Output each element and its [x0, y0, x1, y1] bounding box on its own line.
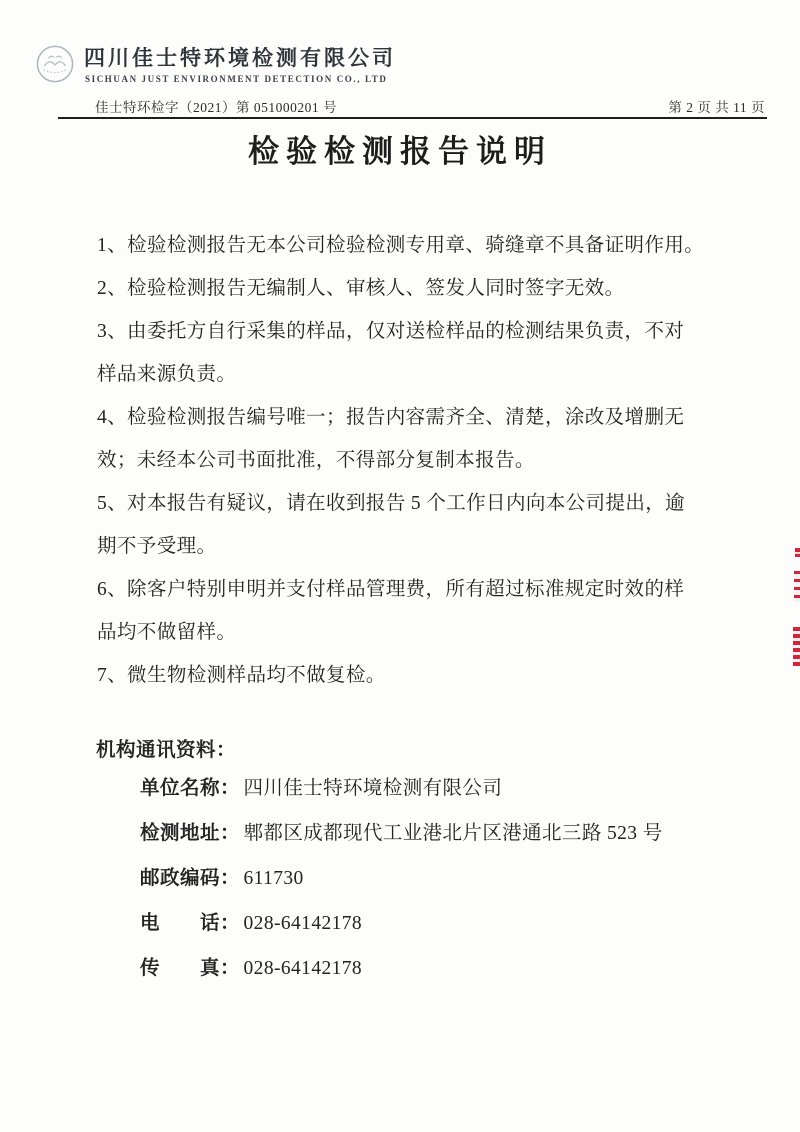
contact-separator: ： [220, 778, 244, 799]
note-line: 5、对本报告有疑议，请在收到报告 5 个工作日内向本公司提出，逾 [97, 482, 722, 525]
contact-row: 邮政编码：611730 [140, 856, 700, 901]
contact-separator: ： [220, 913, 244, 934]
contact-separator: ： [220, 823, 244, 844]
red-seal-fragment [795, 548, 800, 557]
note-line: 7、微生物检测样品均不做复检。 [97, 654, 722, 697]
page-number: 第 2 页 共 11 页 [668, 96, 765, 116]
contact-label: 检测地址 [140, 823, 220, 844]
contact-label: 邮政编码 [140, 868, 220, 889]
contact-separator: ： [220, 958, 244, 979]
report-number: 佳士特环检字（2021）第 051000201 号 [95, 96, 337, 116]
header-divider [58, 117, 767, 119]
note-line: 期不予受理。 [97, 525, 722, 568]
contact-row: 电 话：028-64142178 [140, 901, 700, 946]
company-name-cn: 四川佳士特环境检测有限公司 [84, 42, 396, 72]
note-line: 3、由委托方自行采集的样品，仅对送检样品的检测结果负责，不对 [97, 310, 722, 353]
contact-value: 郫都区成都现代工业港北片区港通北三路 523 号 [244, 823, 663, 844]
contact-value: 028-64142178 [244, 958, 363, 979]
note-line: 2、检验检测报告无编制人、审核人、签发人同时签字无效。 [97, 267, 722, 310]
note-line: 1、检验检测报告无本公司检验检测专用章、骑缝章不具备证明作用。 [97, 224, 722, 267]
contact-heading: 机构通讯资料： [96, 734, 236, 762]
notes-list: 1、检验检测报告无本公司检验检测专用章、骑缝章不具备证明作用。2、检验检测报告无… [97, 224, 722, 697]
note-line: 样品来源负责。 [97, 353, 722, 396]
red-seal-fragment [793, 627, 800, 666]
note-line: 4、检验检测报告编号唯一；报告内容需齐全、清楚，涂改及增删无 [97, 396, 722, 439]
contact-value: 028-64142178 [244, 913, 363, 934]
contact-row: 单位名称：四川佳士特环境检测有限公司 [140, 766, 700, 811]
reference-row: 佳士特环检字（2021）第 051000201 号 第 2 页 共 11 页 [95, 96, 765, 116]
contact-row: 传 真：028-64142178 [140, 946, 700, 991]
note-line: 6、除客户特别申明并支付样品管理费，所有超过标准规定时效的样 [97, 568, 722, 611]
contact-row: 检测地址：郫都区成都现代工业港北片区港通北三路 523 号 [140, 811, 700, 856]
note-line: 效；未经本公司书面批准，不得部分复制本报告。 [97, 439, 722, 482]
contact-rows: 单位名称：四川佳士特环境检测有限公司检测地址：郫都区成都现代工业港北片区港通北三… [140, 766, 700, 991]
contact-label: 单位名称 [140, 778, 220, 799]
company-seal-logo-icon [36, 45, 74, 83]
contact-separator: ： [220, 868, 244, 889]
page-title: 检验检测报告说明 [0, 126, 800, 171]
contact-value: 611730 [244, 868, 304, 889]
contact-value: 四川佳士特环境检测有限公司 [244, 778, 503, 799]
company-name-en: SICHUAN JUST ENVIRONMENT DETECTION CO., … [85, 74, 387, 84]
contact-label: 传 真 [140, 958, 220, 979]
document-page: 四川佳士特环境检测有限公司 SICHUAN JUST ENVIRONMENT D… [0, 0, 800, 1132]
red-seal-fragment [794, 571, 800, 602]
note-line: 品均不做留样。 [97, 611, 722, 654]
contact-label: 电 话 [140, 913, 220, 934]
